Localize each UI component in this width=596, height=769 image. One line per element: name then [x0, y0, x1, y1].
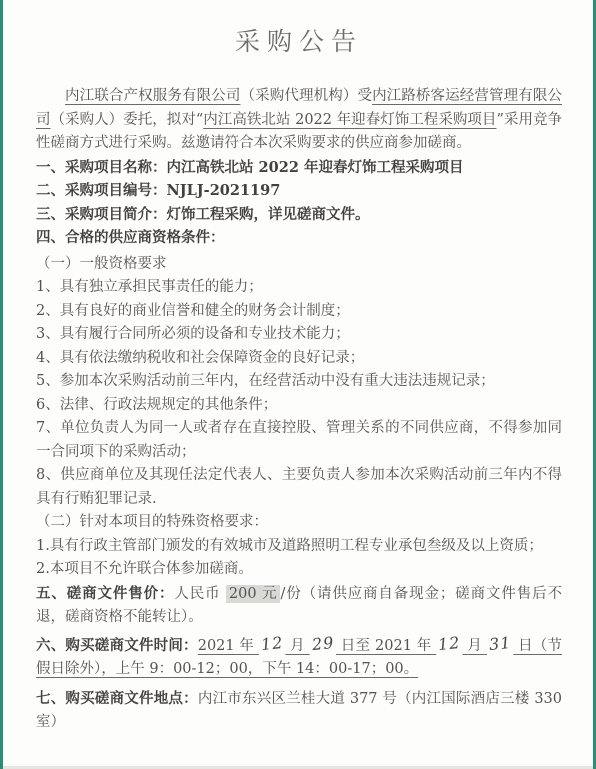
general-item-7: 7、单位负责人为同一人或者存在直接控股、管理关系的不同供应商，不得参加同一合同项… [36, 417, 562, 464]
agency-role: （采购代理机构）受 [240, 88, 372, 104]
price-amount-highlighted: 200 元 [226, 585, 281, 603]
item-purchase-time: 六、购买磋商文件时间：2021 年 12 月 29 日至 2021 年 12 月… [36, 633, 562, 682]
general-qualification-header: （一）一般资格要求 [36, 253, 562, 277]
item-qualification-header: 四、合格的供应商资格条件： [36, 226, 562, 250]
item-document-price: 五、磋商文件售价：人民币 200 元/份（请供应商自备现金；磋商文件售后不退，磋… [36, 582, 562, 630]
page-left-border [0, 0, 3, 769]
general-item-2: 2、具有良好的商业信誉和健全的财务会计制度； [36, 300, 562, 324]
handwritten-day-2: 31 [488, 630, 513, 656]
intro-paragraph: 内江联合产权服务有限公司（采购代理机构）受内江路桥客运经营管理有限公司（采购人）… [36, 85, 562, 156]
general-item-6: 6、法律、行政法规规定的其他条件； [36, 394, 562, 418]
item-project-brief: 三、采购项目简介：灯饰工程采购，详见磋商文件。 [36, 203, 562, 227]
project-name-quoted: 内江高铁北站 2022 年迎春灯饰工程采购项目 [203, 112, 496, 128]
time-part-1: 2021 年 [198, 638, 259, 654]
handwritten-month-1: 12 [260, 630, 285, 656]
purchaser-role: （采购人）委托，拟对“ [51, 112, 204, 128]
agency-name: 内江联合产权服务有限公司 [65, 88, 240, 104]
time-part-3: 日至 2021 年 [336, 638, 436, 654]
handwritten-month-2: 12 [437, 630, 462, 656]
general-item-1: 1、具有独立承担民事责任的能力； [36, 276, 562, 300]
special-qualification-header: （二）针对本项目的特殊资格要求： [36, 511, 562, 535]
time-hours: 上午 9：00-12；00，下午 14：00-17；00。 [116, 661, 418, 677]
item-project-name: 一、采购项目名称：内江高铁北站 2022 年迎春灯饰工程采购项目 [36, 156, 562, 180]
price-pre: 人民币 [174, 586, 226, 602]
item-purchase-location: 七、购买磋商文件地点：内江市东兴区兰桂大道 377 号（内江国际酒店三楼 330… [36, 687, 562, 735]
time-header: 六、购买磋商文件时间： [36, 637, 198, 654]
general-item-5: 5、参加本次采购活动前三年内，在经营活动中没有重大违法违规记录； [36, 370, 562, 394]
special-item-1: 1.具有行政主管部门颁发的有效城市及道路照明工程专业承包叁级及以上资质； [36, 535, 562, 559]
special-item-2: 2.本项目不允许联合体参加磋商。 [36, 558, 562, 582]
handwritten-day-1: 29 [310, 630, 335, 656]
location-header: 七、购买磋商文件地点： [36, 690, 198, 707]
time-part-2: 月 [285, 638, 309, 654]
general-item-3: 3、具有履行合同所必须的设备和专业技术能力； [36, 323, 562, 347]
general-item-8: 8、供应商单位及其现任法定代表人、主要负责人参加本次采购活动前三年内不得具有行贿… [36, 464, 562, 511]
page-title: 采购公告 [36, 26, 562, 58]
general-item-4: 4、具有依法缴纳税收和社会保障资金的良好记录； [36, 347, 562, 371]
document-page: 采购公告 内江联合产权服务有限公司（采购代理机构）受内江路桥客运经营管理有限公司… [0, 26, 596, 735]
time-part-4: 月 [463, 638, 487, 654]
price-header: 五、磋商文件售价： [36, 585, 174, 602]
item-project-number: 二、采购项目编号：NJLJ-2021197 [36, 179, 562, 203]
